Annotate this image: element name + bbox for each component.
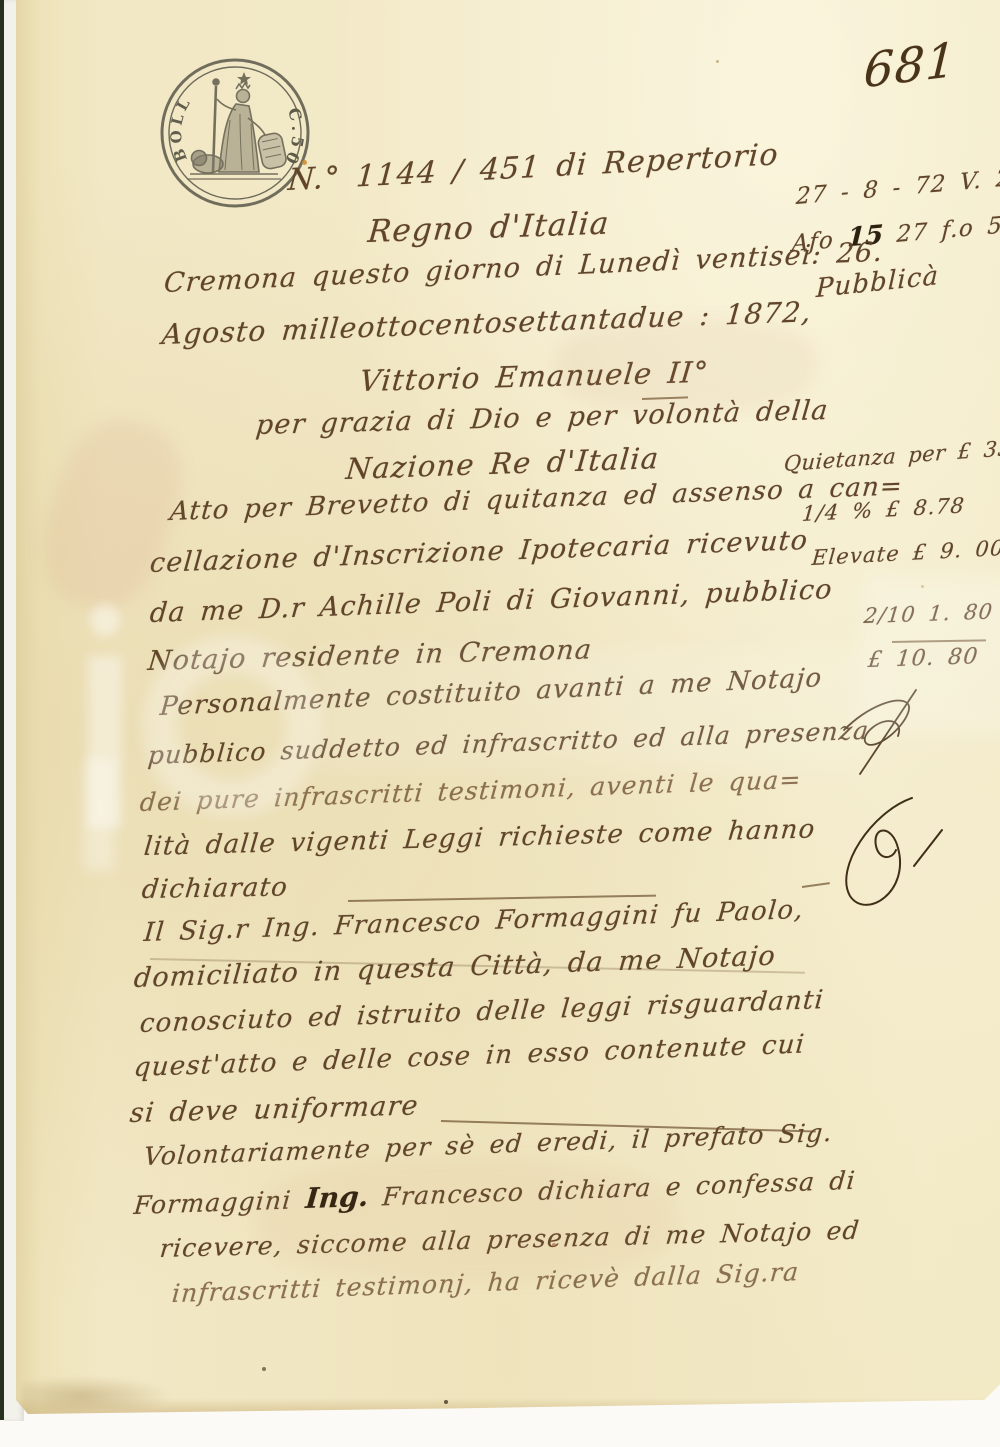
annotation-date: 27 - 8 - 72 V. 27 — [795, 164, 1000, 210]
overwritten-word: Ing. — [304, 1180, 370, 1215]
handwritten-line: Formaggini Ing. Francesco dichiara e con… — [133, 1163, 858, 1221]
paper-sheet: BOLLO C.50 — [16, 0, 1000, 1414]
handwritten-line: Nazione Re d'Italia — [345, 441, 661, 486]
handwritten-line: ricevere, siccome alla presenza di me No… — [159, 1216, 862, 1263]
notary-paraph-icon — [826, 790, 960, 914]
handwritten-line: dichiarato — [140, 872, 289, 905]
handwritten-line: pubblico suddetto ed infrascritto ed all… — [147, 716, 871, 770]
handwritten-line: Regno d'Italia — [366, 205, 611, 250]
notary-paraph-icon — [842, 686, 934, 782]
margin-note-tax: Elevate £ 9. 00 — [811, 536, 1000, 570]
handwritten-line: Notajo residente in Cremona — [147, 634, 594, 677]
sum-line — [892, 639, 986, 642]
margin-note-quietanza: Quietanza per £ 3514, 39 — [783, 431, 1000, 476]
handwritten-line: dei pure infrascritti testimoni, aventi … — [139, 765, 803, 817]
scanned-document-page: BOLLO C.50 — [0, 0, 1000, 1447]
handwritten-line-part: Francesco dichiara e confessa di — [367, 1166, 857, 1212]
handwritten-line: Vittorio Emanuele II° — [358, 355, 710, 398]
handwritten-line-part: Formaggini — [133, 1185, 307, 1220]
handwritten-line: infrascritti testimonj, ha ricevè dalla … — [171, 1257, 801, 1308]
margin-note-total: £ 10. 80 — [867, 644, 980, 673]
annotation-registration-post: 27 f.o 59 — [882, 211, 1000, 249]
watermark-overlay — [84, 758, 114, 870]
handwritten-line: conosciuto ed istruito delle leggi risgu… — [139, 985, 826, 1039]
handwritten-line: cellazione d'Inscrizione Ipotecaria rice… — [149, 525, 810, 579]
watermark-overlay — [90, 604, 120, 636]
paper-bottom-edge — [16, 1398, 1000, 1414]
handwritten-line: da me D.r Achille Poli di Giovanni, pubb… — [149, 574, 834, 629]
stamp-figure-icon — [187, 72, 287, 179]
stamp-left-text: BOLLO — [156, 54, 195, 164]
handwritten-line: Atto per Brevetto di quitanza ed assenso… — [169, 471, 905, 527]
handwritten-line: Agosto milleottocentosettantadue : 1872, — [161, 295, 814, 351]
margin-note-tax: 2/10 1. 80 — [863, 599, 995, 628]
handwritten-line: Cremona questo giorno di Lunedì ventisei… — [163, 237, 885, 300]
handwritten-line: per grazia di Dio e per volontà della — [255, 395, 831, 441]
watermark-overlay — [88, 656, 122, 828]
foxing-spot — [716, 60, 719, 63]
handwritten-line: si deve uniformare — [129, 1090, 421, 1129]
page-number: 681 — [863, 32, 959, 99]
handwritten-line: domiciliato in questa Città, da me Notaj… — [133, 941, 778, 995]
foxing-spot — [921, 585, 924, 588]
foxing-spot — [302, 160, 307, 165]
handwritten-line: N.° 1144 / 451 di Repertorio — [287, 137, 780, 198]
handwritten-line: lità dalle vigenti Leggi richieste come … — [143, 814, 817, 862]
foxing-spot — [262, 1367, 266, 1371]
foxing-spot — [552, 1243, 556, 1247]
handwritten-line: quest'atto e delle cose in esso contenut… — [133, 1030, 807, 1084]
